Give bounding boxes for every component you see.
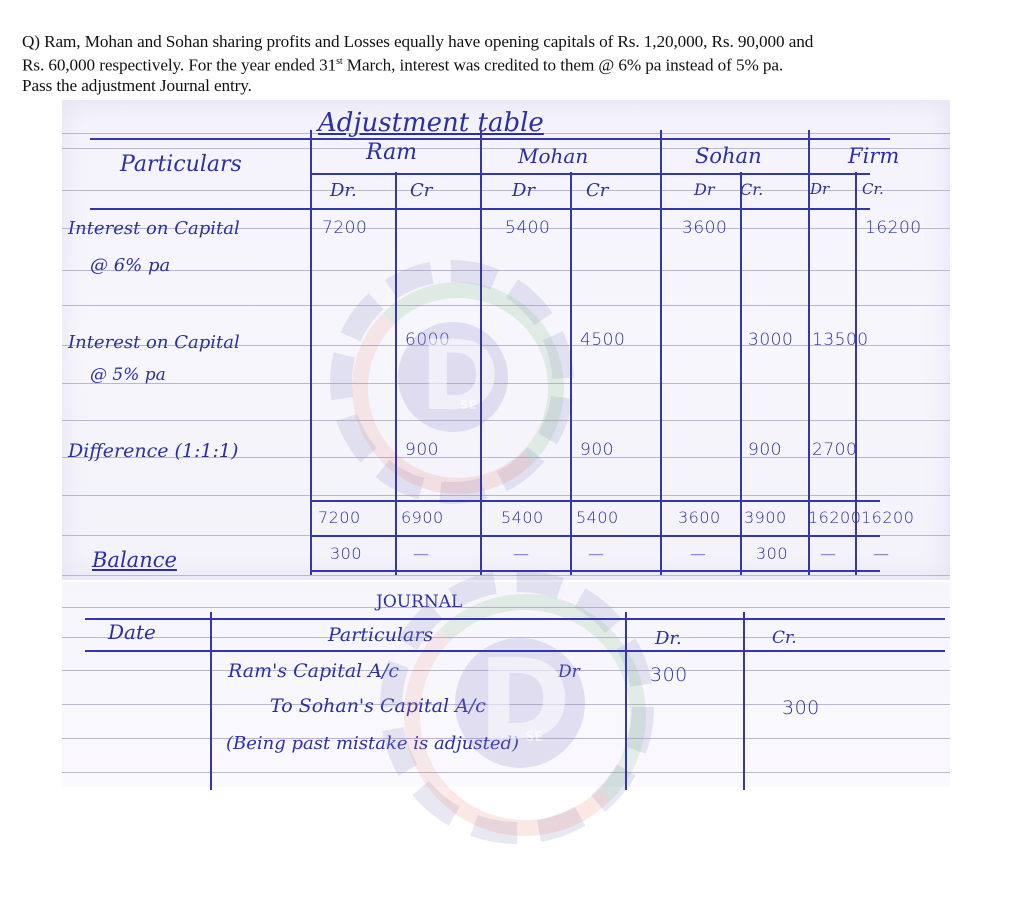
particulars-header: Particulars <box>120 152 242 177</box>
total-cell: 7200 <box>318 508 361 527</box>
balance-cell: — <box>873 544 890 563</box>
row-2-particulars-rate: @ 5% pa <box>90 365 166 385</box>
partner-header-sohan: Sohan <box>695 144 762 168</box>
balance-cell: — <box>820 544 837 563</box>
journal-header-dr: Dr. <box>655 628 682 649</box>
row-1-particulars: Interest on Capital <box>68 218 240 239</box>
total-cell: 5400 <box>501 508 544 527</box>
balance-cell: — <box>588 544 605 563</box>
partner-header-ram: Ram <box>366 140 417 165</box>
adjustment-table-title: Adjustment table <box>318 108 544 138</box>
balance-label: Balance <box>92 548 177 572</box>
journal-header-date: Date <box>108 620 156 644</box>
question-line-2: Rs. 60,000 respectively. For the year en… <box>22 52 1007 76</box>
table-grid-line <box>855 172 857 575</box>
adjustment-cell: 3000 <box>748 330 793 350</box>
balance-cell: — <box>513 544 530 563</box>
row-2-particulars: Interest on Capital <box>68 332 240 353</box>
adjustment-cell: 16200 <box>865 218 922 238</box>
journal-dr-amount: 300 <box>650 664 688 686</box>
total-cell: 16200 <box>861 508 914 527</box>
table-grid-line <box>570 172 572 575</box>
table-grid-line <box>808 130 810 575</box>
question-line-1: Q) Ram, Mohan and Sohan sharing profits … <box>22 32 1007 52</box>
cr-label-firm: Cr. <box>862 180 884 198</box>
adjustment-cell: 900 <box>405 440 439 460</box>
cr-label-ram: Cr <box>410 180 432 201</box>
dr-label-mohan: Dr <box>512 180 535 201</box>
adjustment-cell: 4500 <box>580 330 625 350</box>
table-grid-line <box>310 570 880 572</box>
journal-header-particulars: Particulars <box>328 624 433 646</box>
table-grid-line <box>395 172 397 575</box>
row-3-particulars: Difference (1:1:1) <box>68 440 238 462</box>
adjustment-cell: 3600 <box>682 218 727 238</box>
cr-label-mohan: Cr <box>586 180 608 201</box>
adjustment-cell: 13500 <box>812 330 869 350</box>
adjustment-cell: 7200 <box>322 218 367 238</box>
balance-cell: 300 <box>330 544 362 563</box>
table-grid-line <box>625 612 627 790</box>
table-grid-line <box>90 138 890 140</box>
journal-debit-account: Ram's Capital A/c <box>228 660 399 682</box>
total-cell: 6900 <box>401 508 444 527</box>
total-cell: 3600 <box>678 508 721 527</box>
total-cell: 3900 <box>744 508 787 527</box>
partner-header-mohan: Mohan <box>518 144 588 168</box>
table-grid-line <box>85 650 945 652</box>
adjustment-cell: 2700 <box>812 440 857 460</box>
journal-credit-account: To Sohan's Capital A/c <box>270 695 486 717</box>
journal-title: JOURNAL <box>376 592 462 612</box>
total-cell: 16200 <box>808 508 861 527</box>
adjustment-cell: 900 <box>580 440 614 460</box>
table-grid-line <box>480 130 482 575</box>
journal-cr-amount: 300 <box>782 697 820 719</box>
balance-cell: — <box>690 544 707 563</box>
cr-label-sohan: Cr. <box>740 180 763 199</box>
question-line-3: Pass the adjustment Journal entry. <box>22 76 1007 96</box>
adjustment-cell: 900 <box>748 440 782 460</box>
balance-cell: 300 <box>756 544 788 563</box>
total-cell: 5400 <box>576 508 619 527</box>
table-grid-line <box>85 618 945 620</box>
row-1-particulars-rate: @ 6% pa <box>90 255 170 276</box>
dr-label-ram: Dr. <box>330 180 357 201</box>
table-grid-line <box>310 130 312 575</box>
table-grid-line <box>660 130 662 575</box>
balance-cell: — <box>413 544 430 563</box>
question-text: Q) Ram, Mohan and Sohan sharing profits … <box>22 32 1007 96</box>
table-grid-line <box>210 612 212 790</box>
table-grid-line <box>310 173 870 175</box>
table-grid-line <box>743 612 745 790</box>
dr-label-sohan: Dr <box>694 180 714 199</box>
journal-header-cr: Cr. <box>772 628 797 648</box>
dr-label-firm: Dr <box>810 180 829 198</box>
journal-narration: (Being past mistake is adjusted) <box>226 733 519 754</box>
table-grid-line <box>310 535 880 537</box>
table-grid-line <box>310 500 880 502</box>
partner-header-firm: Firm <box>848 144 899 168</box>
adjustment-cell: 5400 <box>505 218 550 238</box>
table-grid-line <box>740 172 742 575</box>
